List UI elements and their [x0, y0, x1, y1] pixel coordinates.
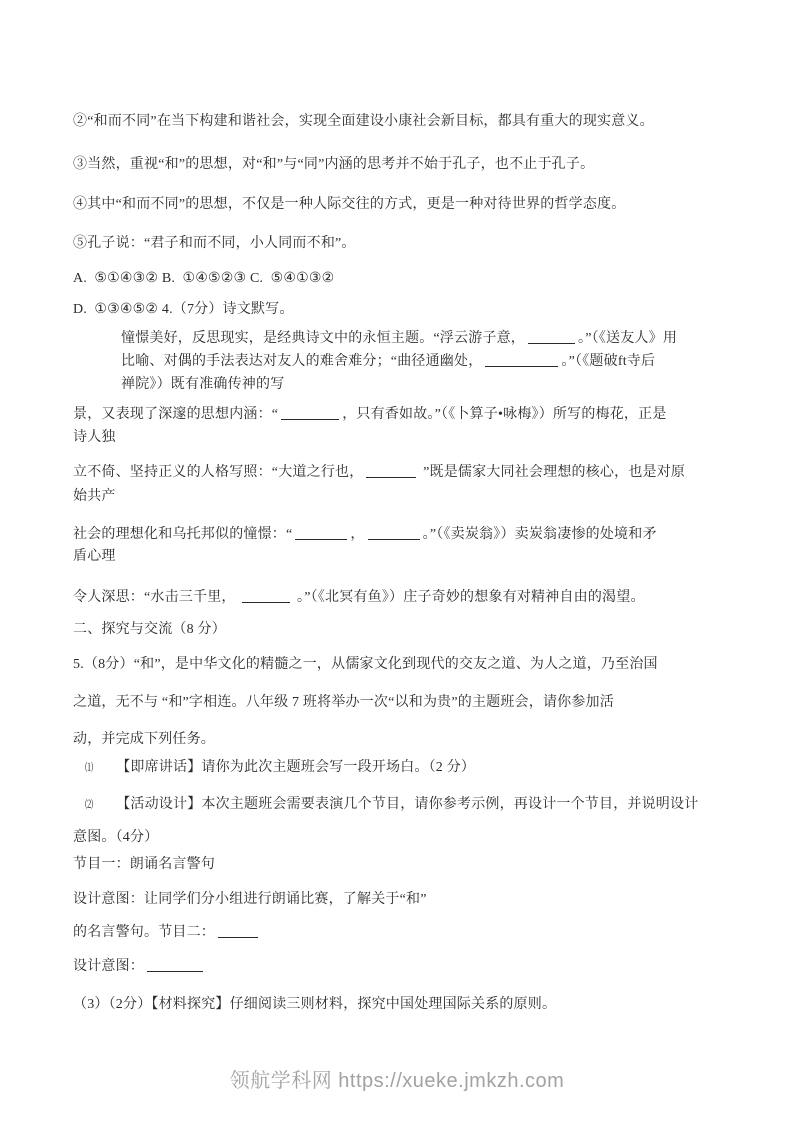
sentence-5: ⑤孔子说：“君子和而不同，小人同而不和”。 — [73, 234, 784, 254]
text-run: 。”（《北冥有鱼》）庄子奇妙的想象有对精神自由的渴望。 — [293, 590, 644, 605]
text-run: 社会的理想化和乌托邦似的憧憬：“ — [73, 527, 292, 542]
sentence-4: ④其中“和而不同”的思想，不仅是一种人际交往的方式，更是一种对待世界的哲学态度。 — [73, 195, 784, 215]
text-run: 动，并完成下列任务。 — [73, 732, 215, 747]
answer-blank[interactable] — [242, 589, 290, 603]
design-intent-1-line-2-program-2: 的名言警句。节目二： — [73, 923, 784, 943]
dictation-intro-line-3: 禅院》）既有准确传神的写 — [73, 375, 784, 395]
text-run: 令人深思：“水击三千里， — [73, 590, 239, 605]
answer-blank[interactable] — [366, 464, 416, 478]
program-1: 节目一：朗诵名言警句 — [73, 855, 784, 875]
text-run: 憧憬美好，反思现实，是经典诗文中的永恒主题。“浮云游子意， — [121, 331, 525, 346]
text-run: 意图。（4分） — [73, 830, 158, 845]
dictation-line-dadao-2: 始共产 — [73, 487, 784, 507]
text-run: 之道，无不与 “和”字相连。八年级 7 班将举办一次“以和为贵”的主题班会，请你… — [73, 695, 614, 710]
answer-blank[interactable] — [528, 330, 575, 344]
design-intent-2: 设计意图： — [73, 957, 784, 977]
text-run: ②“和而不同”在当下构建和谐社会，实现全面建设小康社会新目标，都具有重大的现实意… — [73, 114, 654, 129]
text-run: D. ①③④⑤② 4.（7分）诗文默写。 — [73, 302, 294, 317]
sentence-2: ②“和而不同”在当下构建和谐社会，实现全面建设小康社会新目标，都具有重大的现实意… — [73, 112, 784, 132]
dictation-intro-line-2: 比喻、对偶的手法表达对友人的难舍难分；“曲径通幽处，。”（《题破ft寺后 — [73, 352, 784, 372]
page-footer: 领航学科网 https://xueke.jmkzh.com — [0, 1064, 794, 1093]
text-run: （3）（2分）【材料探究】仔细阅读三则材料，探究中国处理国际关系的原则。 — [73, 997, 556, 1012]
task-3-material-inquiry: （3）（2分）【材料探究】仔细阅读三则材料，探究中国处理国际关系的原则。 — [73, 995, 784, 1015]
text-run: 盾心理 — [73, 549, 116, 564]
text-run: 景，又表现了深邃的思想内涵：“ — [73, 407, 278, 422]
sentence-3: ③当然，重视“和”的思想，对“和”与“同”内涵的思考并不始于孔子，也不止于孔子。 — [73, 155, 784, 175]
options-abc: A. ⑤①④③② B. ①④⑤②③ C. ⑤④①③② — [73, 269, 784, 289]
text-run: ，只有香如故。”（《卜算子•咏梅》）所写的梅花，正是 — [342, 407, 666, 422]
option-d-question-4-header: D. ①③④⑤② 4.（7分）诗文默写。 — [73, 300, 784, 320]
text-run: ④其中“和而不同”的思想，不仅是一种人际交往的方式，更是一种对待世界的哲学态度。 — [73, 197, 625, 212]
text-run: 5.（8分）“和”，是中华文化的精髓之一，从儒家文化到现代的交友之道、为人之道，… — [73, 657, 658, 672]
item-number-mark: ⑴ — [85, 758, 93, 778]
exam-page: ②“和而不同”在当下构建和谐社会，实现全面建设小康社会新目标，都具有重大的现实意… — [0, 0, 794, 1122]
text-run: 的名言警句。节目二： — [73, 925, 215, 940]
text-run: 。”（《卖炭翁》）卖炭翁凄惨的处境和矛 — [423, 527, 657, 542]
dictation-intro-line-1: 憧憬美好，反思现实，是经典诗文中的永恒主题。“浮云游子意，。”（《送友人》用 — [73, 329, 784, 349]
answer-blank[interactable] — [295, 526, 347, 540]
text-run: 比喻、对偶的手法表达对友人的难舍难分；“曲径通幽处， — [121, 354, 482, 369]
design-intent-1-line-1: 设计意图：让同学们分小组进行朗诵比赛，了解关于“和” — [73, 890, 784, 910]
text-run: 始共产 — [73, 489, 116, 504]
section-2-heading: 二、探究与交流（8 分） — [73, 620, 784, 640]
dictation-line-beiming: 令人深思：“水击三千里， 。”（《北冥有鱼》）庄子奇妙的想象有对精神自由的渴望。 — [73, 588, 784, 608]
text-run: 诗人独 — [73, 430, 116, 445]
text-run: 二、探究与交流（8 分） — [73, 622, 226, 637]
task-2-activity-design-line-1: ⑵【活动设计】本次主题班会需要表演几个节目，请你参考示例，再设计一个节目，并说明… — [73, 795, 784, 815]
item-number-mark: ⑵ — [85, 795, 93, 815]
task-1-impromptu-speech: ⑴【即席讲话】请你为此次主题班会写一段开场白。（2 分） — [73, 758, 784, 778]
dictation-line-plum-2: 诗人独 — [73, 428, 784, 448]
question-5-line-1: 5.（8分）“和”，是中华文化的精髓之一，从儒家文化到现代的交友之道、为人之道，… — [73, 655, 784, 675]
text-run: 设计意图： — [73, 959, 144, 974]
dictation-line-dadao-1: 立不倚、坚持正义的人格写照：“大道之行也， ”既是儒家大同社会理想的核心，也是对… — [73, 463, 784, 483]
text-run: ， — [350, 527, 364, 542]
dictation-line-plum-1: 景，又表现了深邃的思想内涵：“，只有香如故。”（《卜算子•咏梅》）所写的梅花，正… — [73, 405, 784, 425]
text-run: 设计意图：让同学们分小组进行朗诵比赛，了解关于“和” — [73, 892, 427, 907]
answer-blank[interactable] — [485, 353, 558, 367]
text-run: A. ⑤①④③② B. ①④⑤②③ C. ⑤④①③② — [73, 271, 334, 286]
answer-blank[interactable] — [281, 406, 339, 420]
text-run: ③当然，重视“和”的思想，对“和”与“同”内涵的思考并不始于孔子，也不止于孔子。 — [73, 157, 594, 172]
text-run: 【即席讲话】请你为此次主题班会写一段开场白。（2 分） — [116, 760, 475, 775]
text-run: ”既是儒家大同社会理想的核心，也是对原 — [419, 465, 685, 480]
task-2-activity-design-line-2: 意图。（4分） — [73, 828, 784, 848]
text-run: 禅院》）既有准确传神的写 — [121, 377, 284, 392]
document-body: ②“和而不同”在当下构建和谐社会，实现全面建设小康社会新目标，都具有重大的现实意… — [0, 0, 794, 1015]
answer-blank[interactable] — [368, 526, 420, 540]
text-run: ⑤孔子说：“君子和而不同，小人同而不和”。 — [73, 236, 356, 251]
text-run: 。”（《题破ft寺后 — [561, 354, 655, 369]
text-run: 【活动设计】本次主题班会需要表演几个节目，请你参考示例，再设计一个节目，并说明设… — [116, 797, 698, 812]
text-run: 节目一：朗诵名言警句 — [73, 857, 215, 872]
dictation-line-maitanweng-2: 盾心理 — [73, 547, 784, 567]
answer-blank[interactable] — [147, 958, 203, 972]
dictation-line-maitanweng-1: 社会的理想化和乌托邦似的憧憬：“，。”（《卖炭翁》）卖炭翁凄惨的处境和矛 — [73, 525, 784, 545]
text-run: 。”（《送友人》用 — [578, 331, 677, 346]
question-5-line-2: 之道，无不与 “和”字相连。八年级 7 班将举办一次“以和为贵”的主题班会，请你… — [73, 693, 784, 713]
question-5-line-3: 动，并完成下列任务。 — [73, 730, 784, 750]
footer-watermark: 领航学科网 https://xueke.jmkzh.com — [230, 1070, 565, 1092]
text-run: 立不倚、坚持正义的人格写照：“大道之行也， — [73, 465, 363, 480]
answer-blank[interactable] — [218, 924, 258, 938]
